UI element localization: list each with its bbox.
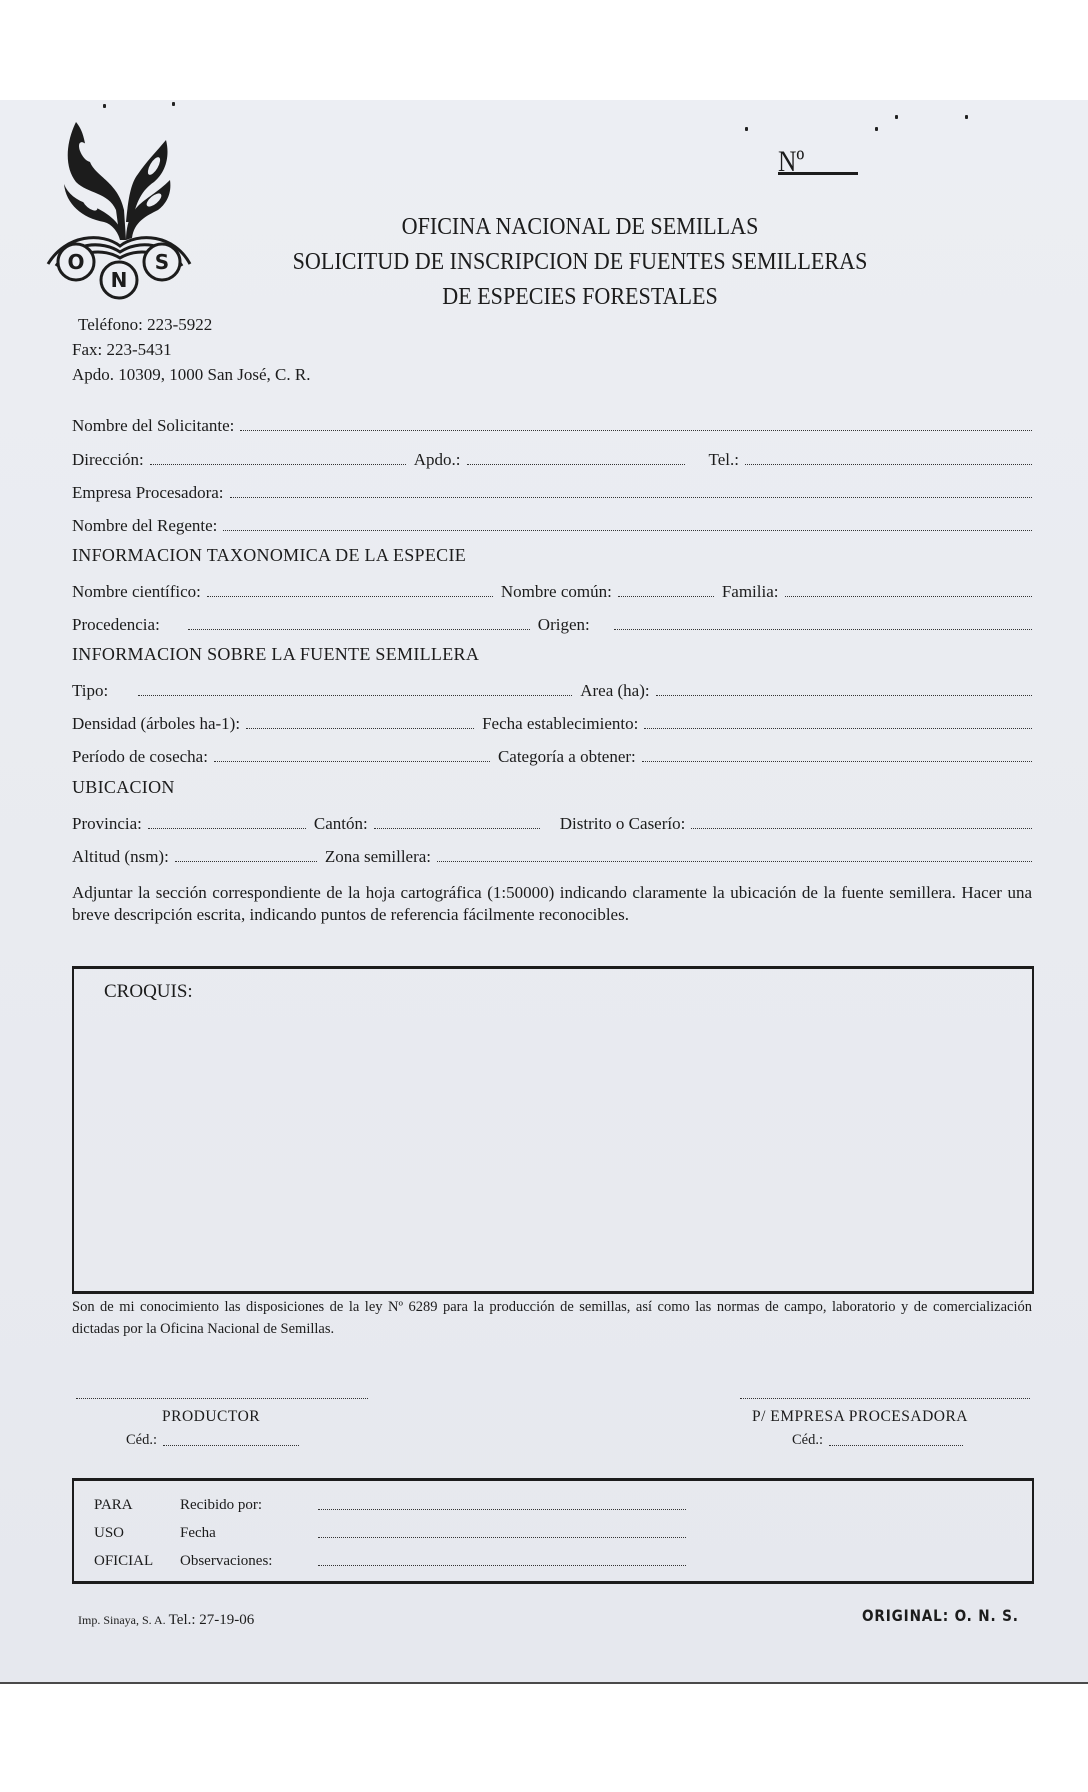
- row-direccion: Dirección: Apdo.: Tel.:: [72, 446, 1032, 470]
- field-categoria[interactable]: [642, 761, 1032, 762]
- label-familia: Familia:: [722, 582, 785, 602]
- printer-credit: Imp. Sinaya, S. A. Tel.: 27-19-06: [78, 1612, 254, 1629]
- logo-letter-n: N: [111, 268, 128, 292]
- label-origen: Origen:: [538, 615, 614, 635]
- label-distrito: Distrito o Caserío:: [560, 814, 692, 834]
- heading-taxonomy: INFORMACION TAXONOMICA DE LA ESPECIE: [72, 545, 466, 566]
- label-canton: Cantón:: [314, 814, 374, 834]
- form-number-field[interactable]: [778, 172, 858, 175]
- official-row-observaciones: OFICIAL Observaciones:: [94, 1553, 686, 1570]
- field-distrito[interactable]: [691, 828, 1032, 829]
- label-tipo: Tipo:: [72, 681, 138, 701]
- title-line-2: DE ESPECIES FORESTALES: [230, 280, 929, 315]
- label-nombre-comun: Nombre común:: [501, 582, 618, 602]
- empresa-label: P/ EMPRESA PROCESADORA: [752, 1408, 968, 1426]
- row-nombre-cientifico: Nombre científico: Nombre común: Familia…: [72, 578, 1032, 602]
- field-altitud[interactable]: [175, 861, 317, 862]
- label-apdo: Apdo.:: [414, 450, 467, 470]
- field-observaciones[interactable]: [318, 1565, 686, 1566]
- field-nombre-regente[interactable]: [223, 530, 1032, 531]
- field-apdo[interactable]: [467, 464, 685, 465]
- field-provincia[interactable]: [148, 828, 306, 829]
- print-speck: [875, 127, 878, 131]
- print-speck: [965, 115, 968, 119]
- productor-ced-label: Céd.:: [126, 1432, 157, 1449]
- productor-ced: Céd.:: [126, 1432, 299, 1449]
- row-procedencia: Procedencia: Origen:: [72, 611, 1032, 635]
- productor-ced-field[interactable]: [163, 1445, 299, 1446]
- printer-name: Imp. Sinaya, S. A.: [78, 1613, 166, 1627]
- field-procedencia[interactable]: [188, 629, 530, 630]
- official-para: PARA: [94, 1497, 180, 1514]
- row-regente: Nombre del Regente:: [72, 512, 1032, 536]
- label-categoria: Categoría a obtener:: [498, 747, 642, 767]
- row-empresa: Empresa Procesadora:: [72, 479, 1032, 503]
- heading-location: UBICACION: [72, 777, 175, 798]
- field-periodo-cosecha[interactable]: [214, 761, 490, 762]
- title-line-1: SOLICITUD DE INSCRIPCION DE FUENTES SEMI…: [230, 245, 929, 280]
- logo-letter-o: O: [67, 250, 84, 274]
- label-provincia: Provincia:: [72, 814, 148, 834]
- contact-info: Teléfono: 223-5922 Fax: 223-5431 Apdo. 1…: [72, 312, 310, 387]
- row-periodo-cosecha: Período de cosecha: Categoría a obtener:: [72, 743, 1032, 767]
- label-densidad: Densidad (árboles ha-1):: [72, 714, 246, 734]
- field-direccion[interactable]: [150, 464, 406, 465]
- print-speck: [745, 127, 748, 131]
- official-row-recibido: PARA Recibido por:: [94, 1497, 686, 1514]
- print-speck: [103, 104, 106, 108]
- label-procedencia: Procedencia:: [72, 615, 188, 635]
- field-fecha-establecimiento[interactable]: [644, 728, 1032, 729]
- field-familia[interactable]: [785, 596, 1033, 597]
- row-solicitante: Nombre del Solicitante:: [72, 412, 1032, 436]
- croquis-sketch-area[interactable]: CROQUIS:: [72, 966, 1034, 1294]
- field-origen[interactable]: [614, 629, 1032, 630]
- field-recibido-por[interactable]: [318, 1509, 686, 1510]
- label-periodo-cosecha: Período de cosecha:: [72, 747, 214, 767]
- label-nombre-cientifico: Nombre científico:: [72, 582, 207, 602]
- contact-fax: Fax: 223-5431: [72, 337, 310, 362]
- label-fecha-establecimiento: Fecha establecimiento:: [482, 714, 644, 734]
- label-nombre-regente: Nombre del Regente:: [72, 516, 223, 536]
- empresa-signature-line[interactable]: [740, 1398, 1030, 1399]
- row-densidad: Densidad (árboles ha-1): Fecha estableci…: [72, 710, 1032, 734]
- label-tel: Tel.:: [709, 450, 745, 470]
- heading-seed-source: INFORMACION SOBRE LA FUENTE SEMILLERA: [72, 644, 479, 665]
- official-use-box: PARA Recibido por: USO Fecha OFICIAL Obs…: [72, 1478, 1034, 1584]
- empresa-ced-label: Céd.:: [792, 1432, 823, 1449]
- label-empresa-procesadora: Empresa Procesadora:: [72, 483, 230, 503]
- field-nombre-comun[interactable]: [618, 596, 714, 597]
- form-title: OFICINA NACIONAL DE SEMILLAS SOLICITUD D…: [200, 210, 960, 315]
- field-empresa-procesadora[interactable]: [230, 497, 1032, 498]
- row-tipo: Tipo: Area (ha):: [72, 677, 1032, 701]
- field-fecha[interactable]: [318, 1537, 686, 1538]
- label-direccion: Dirección:: [72, 450, 150, 470]
- org-name: OFICINA NACIONAL DE SEMILLAS: [230, 210, 929, 245]
- label-nombre-solicitante: Nombre del Solicitante:: [72, 416, 240, 436]
- logo-letter-s: S: [155, 250, 169, 274]
- ons-logo-icon: O N S: [46, 122, 192, 300]
- empresa-ced-field[interactable]: [829, 1445, 963, 1446]
- field-canton[interactable]: [374, 828, 540, 829]
- label-altitud: Altitud (nsm):: [72, 847, 175, 867]
- label-fecha: Fecha: [180, 1525, 318, 1542]
- field-densidad[interactable]: [246, 728, 474, 729]
- official-uso: USO: [94, 1525, 180, 1542]
- contact-address: Apdo. 10309, 1000 San José, C. R.: [72, 362, 310, 387]
- label-recibido-por: Recibido por:: [180, 1497, 318, 1514]
- field-nombre-solicitante[interactable]: [240, 430, 1032, 431]
- print-speck: [895, 115, 898, 119]
- printer-tel: Tel.: 27-19-06: [169, 1612, 255, 1628]
- label-area: Area (ha):: [580, 681, 655, 701]
- label-zona-semillera: Zona semillera:: [325, 847, 437, 867]
- field-tipo[interactable]: [138, 695, 572, 696]
- row-altitud: Altitud (nsm): Zona semillera:: [72, 843, 1032, 867]
- row-provincia: Provincia: Cantón: Distrito o Caserío:: [72, 810, 1032, 834]
- field-tel[interactable]: [745, 464, 1032, 465]
- contact-phone: Teléfono: 223-5922: [72, 312, 310, 337]
- field-nombre-cientifico[interactable]: [207, 596, 493, 597]
- official-oficial: OFICIAL: [94, 1553, 180, 1570]
- field-area[interactable]: [656, 695, 1032, 696]
- declaration-text: Son de mi conocimiento las disposiciones…: [72, 1296, 1032, 1340]
- productor-signature-line[interactable]: [76, 1398, 368, 1399]
- instructions-text: Adjuntar la sección correspondiente de l…: [72, 882, 1032, 926]
- print-speck: [172, 102, 175, 106]
- field-zona-semillera[interactable]: [437, 861, 1032, 862]
- croquis-label: CROQUIS:: [104, 981, 193, 1003]
- copy-label: ORIGINAL: O. N. S.: [862, 1606, 1019, 1625]
- productor-label: PRODUCTOR: [162, 1408, 260, 1426]
- official-row-fecha: USO Fecha: [94, 1525, 686, 1542]
- empresa-ced: Céd.:: [792, 1432, 963, 1449]
- label-observaciones: Observaciones:: [180, 1553, 318, 1570]
